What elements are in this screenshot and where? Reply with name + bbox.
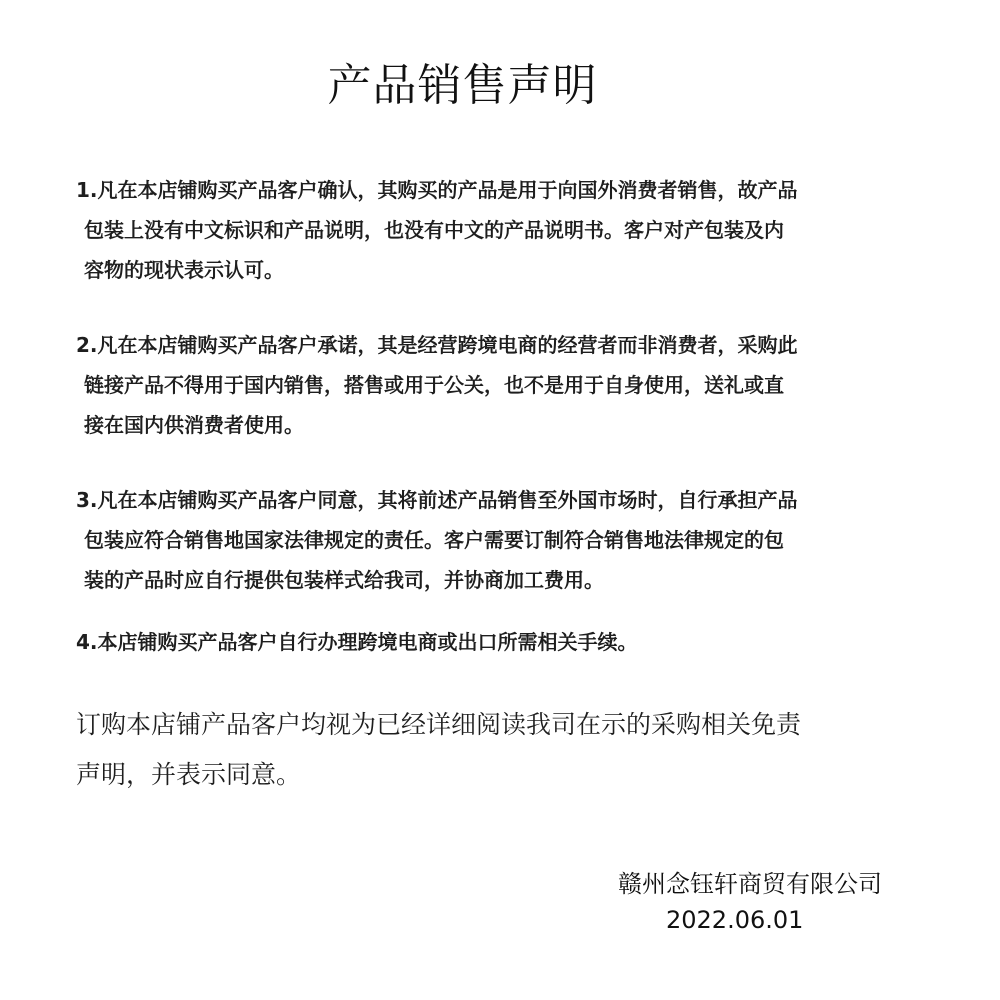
summary-line-2: 声明，并表示同意。 — [76, 750, 896, 800]
clause-1-line-1: 1.凡在本店铺购买产品客户确认，其购买的产品是用于向国外消费者销售，故产品 — [76, 170, 896, 210]
summary-line-1: 订购本店铺产品客户均视为已经详细阅读我司在示的采购相关免责 — [76, 700, 896, 750]
clause-4: 4.本店铺购买产品客户自行办理跨境电商或出口所需相关手续。 — [76, 622, 896, 662]
clause-2-line-3: 接在国内供消费者使用。 — [76, 405, 896, 445]
clause-3-line-3: 装的产品时应自行提供包装样式给我司，并协商加工费用。 — [76, 560, 896, 600]
clause-3-line-2: 包装应符合销售地国家法律规定的责任。客户需要订制符合销售地法律规定的包 — [76, 520, 896, 560]
signature-block: 赣州念钰轩商贸有限公司 2022.06.01 — [600, 866, 930, 938]
clause-1-line-3: 容物的现状表示认可。 — [76, 250, 896, 290]
clause-2-line-2: 链接产品不得用于国内销售，搭售或用于公关，也不是用于自身使用，送礼或直 — [76, 365, 896, 405]
page-title: 产品销售声明 — [0, 58, 925, 114]
summary-statement: 订购本店铺产品客户均视为已经详细阅读我司在示的采购相关免责 声明，并表示同意。 — [76, 700, 896, 800]
clause-3-line-1: 3.凡在本店铺购买产品客户同意，其将前述产品销售至外国市场时，自行承担产品 — [76, 480, 896, 520]
signature-date: 2022.06.01 — [600, 902, 930, 938]
company-name: 赣州念钰轩商贸有限公司 — [600, 866, 930, 902]
clause-2-line-1: 2.凡在本店铺购买产品客户承诺，其是经营跨境电商的经营者而非消费者，采购此 — [76, 325, 896, 365]
clause-4-line-1: 4.本店铺购买产品客户自行办理跨境电商或出口所需相关手续。 — [76, 622, 896, 662]
clause-2: 2.凡在本店铺购买产品客户承诺，其是经营跨境电商的经营者而非消费者，采购此 链接… — [76, 325, 896, 445]
clause-1: 1.凡在本店铺购买产品客户确认，其购买的产品是用于向国外消费者销售，故产品 包装… — [76, 170, 896, 290]
clause-3: 3.凡在本店铺购买产品客户同意，其将前述产品销售至外国市场时，自行承担产品 包装… — [76, 480, 896, 600]
clause-1-line-2: 包装上没有中文标识和产品说明，也没有中文的产品说明书。客户对产包装及内 — [76, 210, 896, 250]
